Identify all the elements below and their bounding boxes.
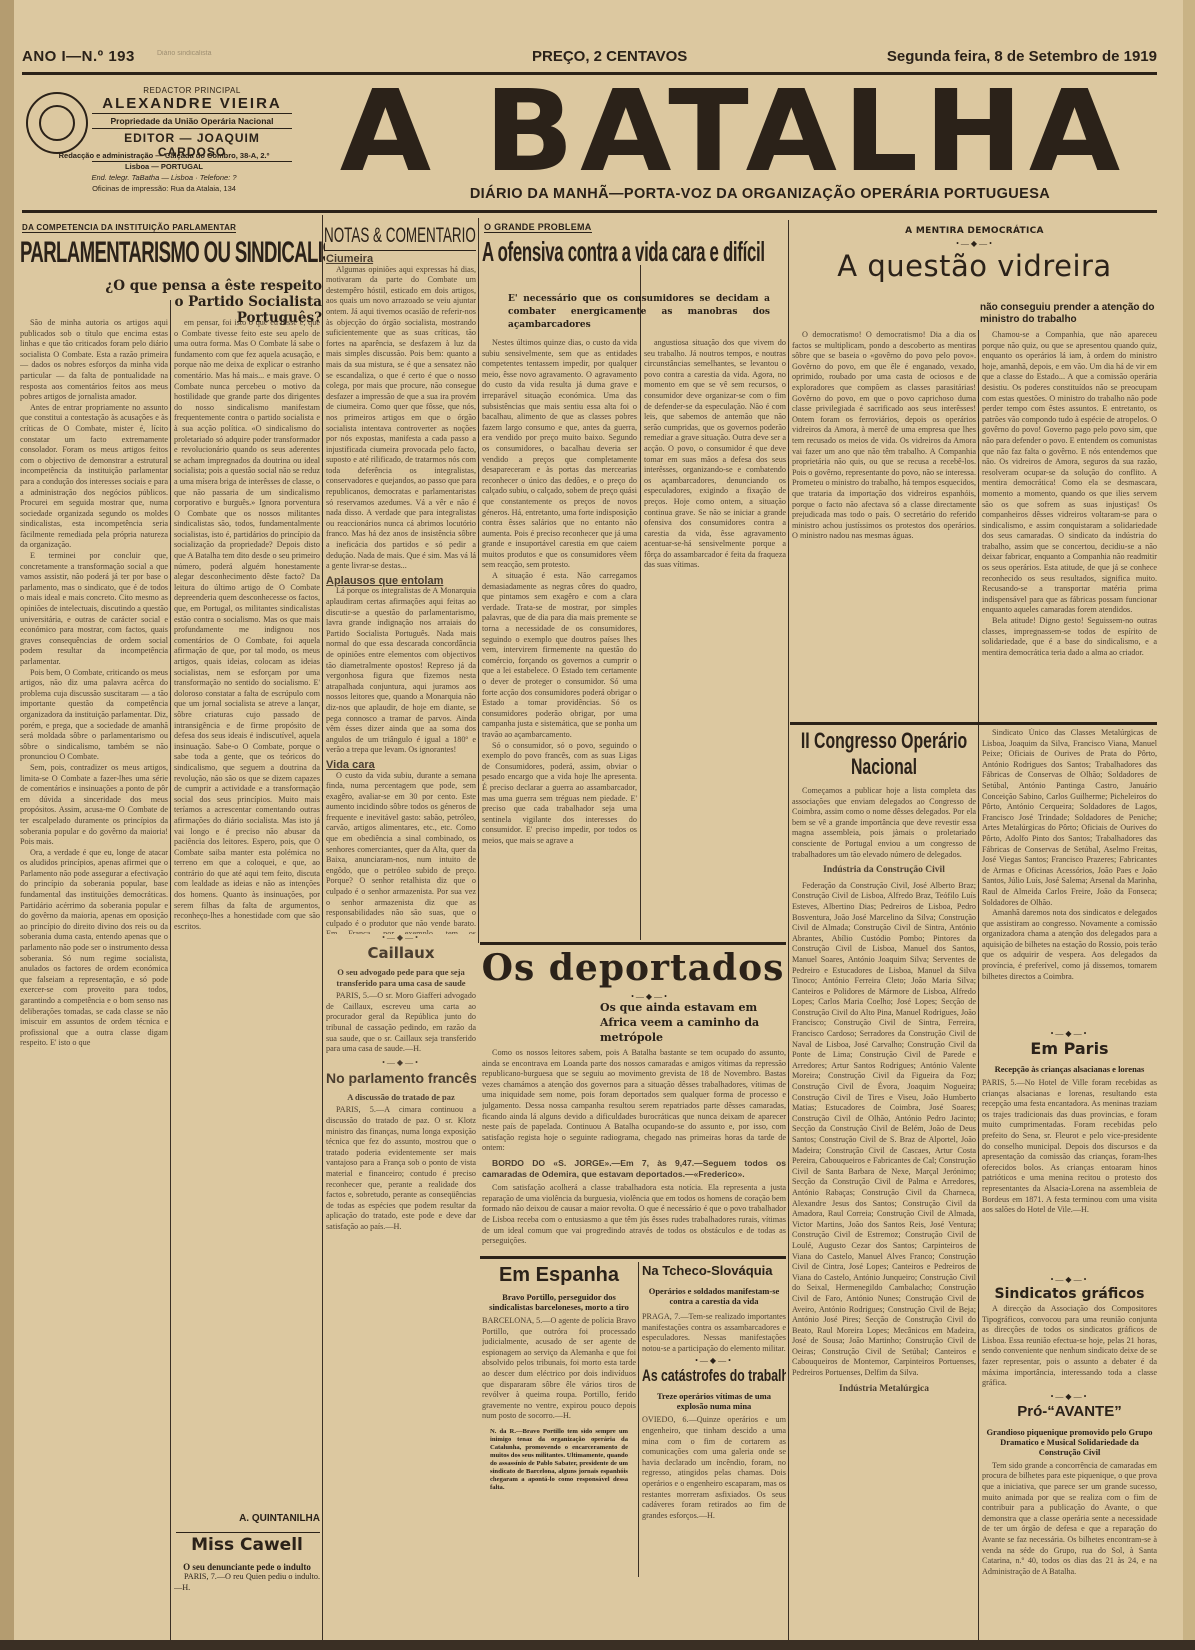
paragraph: Amanhã daremos nota dos sindicatos e del… — [982, 908, 1157, 982]
paragraph: angustiosa situação dos que vivem do seu… — [644, 338, 786, 571]
section-heading: Indústria Metalúrgica — [792, 1384, 976, 1395]
publication-date: Segunda feira, 8 de Setembro de 1919 — [887, 48, 1157, 65]
page-edge — [1183, 0, 1195, 1650]
paragraph: BARCELONA, 5.—O agente de polícia Bravo … — [482, 1316, 636, 1422]
address-line: Lisboa — PORTUGAL — [30, 161, 298, 172]
subhead-text: O seu denunciante pede o indulto — [174, 1562, 320, 1572]
divider — [176, 1532, 320, 1533]
article-body-col2: em pensar, foi isto o que eu disse e, qu… — [174, 318, 320, 1514]
paragraph: Começamos a publicar hoje a lista comple… — [792, 786, 976, 860]
article-subhead: não conseguiu prender a atenção do minis… — [980, 302, 1160, 326]
article-paris: •—◆—• Em Paris Recepção às crianças alsa… — [982, 1030, 1157, 1586]
article-tcheco: Na Tcheco-Slováquia Operários e soldados… — [642, 1262, 786, 1521]
article-espanha: Em Espanha Bravo Portillo, perseguidor d… — [482, 1262, 636, 1492]
article-headline-deportados: Os deportados — [480, 945, 786, 991]
paragraph: O democratismo! O democratismo! Dia a di… — [792, 330, 976, 542]
article-signature: A. QUINTANILHA — [174, 1513, 320, 1524]
issue-number: ANO I—N.º 193 — [22, 48, 135, 65]
headline-text: Na Tcheco-Slováquia — [642, 1262, 786, 1280]
divider — [790, 722, 1157, 725]
paragraph: Pois bem, O Combate, criticando os meus … — [20, 668, 168, 763]
paragraph: Sem, pois, contradizer os meus artigos, … — [20, 763, 168, 848]
section-heading: Ciumeira — [326, 254, 476, 265]
paragraph: Ora, a verdade é que eu, longe de atacar… — [20, 848, 168, 1049]
section-heading: Aplausos que entolam — [326, 576, 476, 587]
article-subhead: E' necessário que os consumidores se dec… — [508, 293, 770, 332]
redactor-label: REDACTOR PRINCIPAL — [92, 86, 292, 95]
notas-column-cont: •—◆—• Caillaux O seu advogado pede para … — [326, 934, 476, 1312]
ownership: Propriedade da União Operária Nacional — [92, 116, 292, 129]
subhead-text: Recepção às crianças alsacianas e lorena… — [982, 1064, 1157, 1074]
union-seal-icon — [26, 92, 88, 154]
paragraph: O custo da vida subiu, durante a semana … — [326, 771, 476, 935]
ornament: •—◆—• — [642, 1357, 786, 1365]
paragraph: Lá porque os integralistas de A Monarqui… — [326, 586, 476, 756]
ornament: •—◆—• — [982, 1393, 1157, 1401]
ornament: •—◆—• — [326, 934, 476, 942]
kicker-text: DA COMPETENCIA DA INSTITUIÇÃO PARLAMENTA… — [22, 223, 236, 233]
vidreira-col-a: O democratismo! O democratismo! Dia a di… — [792, 330, 976, 722]
redactor-name: ALEXANDRE VIEIRA — [92, 95, 292, 114]
paragraph: Algumas opiniões aqui expressas há dias,… — [326, 265, 476, 572]
problema-col-a: Nestes últimos quinze dias, o custo da v… — [482, 338, 637, 938]
notas-header: NOTAS & COMENTARIOS — [324, 222, 476, 251]
congresso-col-a: Começamos a publicar hoje a lista comple… — [792, 786, 976, 1640]
headline-text: A ofensiva contra a vida cara e difícil — [482, 236, 787, 268]
subhead-text: O seu advogado pede para que seja transf… — [326, 967, 476, 988]
paragraph: PRAGA, 7.—Tem-se realizado importantes m… — [642, 1312, 786, 1354]
article-headline-ofensiva: A ofensiva contra a vida cara e difícil — [482, 236, 787, 268]
deportados-body: Como os nossos leitores sabem, pois A Ba… — [482, 1048, 786, 1253]
headline-text: Pró-“AVANTE” — [982, 1401, 1157, 1423]
editor-note: N. da R.—Bravo Portillo tem sido sempre … — [490, 1428, 628, 1492]
binding-edge — [0, 0, 15, 1650]
column-rule — [170, 300, 171, 1640]
article-body-col1: São de minha autoria os artigos aqui pub… — [20, 318, 168, 1642]
paragraph: Só o consumidor, só o povo, seguindo o e… — [482, 741, 637, 847]
paragraph: A situação é esta. Não carregamos demasi… — [482, 571, 637, 741]
paragraph: PARIS, 5.—No Hotel de Ville foram recebi… — [982, 1078, 1157, 1274]
address-block: Redacção e administração — Calçada do Co… — [30, 150, 298, 194]
article-subhead: Os que ainda estavam em Africa veem a ca… — [600, 1000, 786, 1045]
paragraph: Como os nossos leitores sabem, pois A Ba… — [482, 1048, 786, 1154]
address-line: End. telegr. TaBatha — Lisboa · Telefone… — [30, 172, 298, 183]
paragraph: Chamou-se a Companhia, que não apareceu … — [982, 330, 1157, 616]
paragraph: E terminei por concluir que, concretamen… — [20, 551, 168, 668]
headline-text: Caillaux — [326, 942, 476, 964]
paragraph: PARIS, 7.—O reu Quien pediu o indulto.—H… — [174, 1572, 320, 1593]
section-heading: Indústria da Construção Civil — [792, 865, 976, 876]
radiogram: BORDO DO «S. JORGE».—Em 7, às 9,47.—Segu… — [482, 1158, 786, 1179]
headline-text: No parlamento francês — [326, 1067, 476, 1089]
signature: A. QUINTANILHA — [174, 1513, 320, 1524]
paragraph: Nestes últimos quinze dias, o custo da v… — [482, 338, 637, 571]
newspaper-subtitle: DIÁRIO DA MANHÃ—PORTA-VOZ DA ORGANIZAÇÃO… — [400, 186, 1120, 202]
paragraph: OVIEDO, 6.—Quinze operários e um engenhe… — [642, 1415, 786, 1521]
divider — [480, 1256, 786, 1259]
notas-column: Ciumeira Algumas opiniões aqui expressas… — [326, 254, 476, 934]
headline-text: Em Espanha — [482, 1262, 636, 1288]
paragraph: São de minha autoria os artigos aqui pub… — [20, 318, 168, 403]
paragraph: Com satisfação acolherá a classe trabalh… — [482, 1183, 786, 1247]
headline-text: Miss Cawell — [174, 1534, 320, 1556]
column-rule — [640, 265, 641, 940]
vidreira-col-b: Chamou-se a Companhia, que não apareceu … — [982, 330, 1157, 722]
ornament: •—◆—• — [982, 1276, 1157, 1284]
problema-col-b: angustiosa situação dos que vivem do seu… — [644, 338, 786, 938]
paragraph: Federação da Construção Civil, José Albe… — [792, 881, 976, 1379]
section-title: NOTAS & COMENTARIOS — [324, 222, 476, 250]
paragraph: em pensar, foi isto o que eu disse e, qu… — [174, 318, 320, 932]
subhead-text: Grandioso piquenique promovido pelo Grup… — [982, 1427, 1157, 1457]
column-rule — [322, 215, 323, 1640]
article-kicker: O GRANDE PROBLEMA — [484, 222, 592, 232]
address-line: Oficinas de impressão: Rua da Atalaia, 1… — [30, 183, 298, 194]
newspaper-title: A BATALHA — [308, 75, 1158, 187]
price: PREÇO, 2 CENTAVOS — [532, 48, 687, 65]
paragraph: Tem sido grande a concorrência de camara… — [982, 1461, 1157, 1586]
column-rule — [638, 1262, 639, 1577]
article-kicker: DA COMPETENCIA DA INSTITUIÇÃO PARLAMENTA… — [22, 222, 322, 232]
column-rule — [978, 330, 979, 1640]
kicker-text: O GRANDE PROBLEMA — [484, 222, 592, 233]
congresso-col-b: Sindicato Único das Classes Metalúrgicas… — [982, 728, 1157, 1030]
subhead-text: Operários e soldados manifestam-se contr… — [642, 1286, 786, 1306]
address-line: Redacção e administração — Calçada do Co… — [30, 150, 298, 161]
column-rule — [788, 220, 789, 1640]
ornament: •—◆—• — [982, 1030, 1157, 1038]
article-headline-congresso: II Congresso Operário Nacional — [792, 728, 976, 780]
ornament: •—◆—• — [326, 1059, 476, 1067]
paragraph: Sindicato Único das Classes Metalúrgicas… — [982, 728, 1157, 908]
paragraph: Antes de entrar propriamente no assunto … — [20, 403, 168, 551]
paragraph: Bela atitude! Digno gesto! Seguissem-no … — [982, 616, 1157, 658]
paragraph: PARIS, 5.—A cimara continuou a discussão… — [326, 1105, 476, 1232]
paragraph: A direcção da Associação dos Compositore… — [982, 1304, 1157, 1389]
column-rule — [478, 218, 479, 943]
headline-text: Em Paris — [982, 1038, 1157, 1060]
article-headline-vidreira: A questão vidreira — [792, 246, 1157, 286]
subhead-text: A discussão do tratado de paz — [326, 1092, 476, 1103]
masthead-bottom-rule — [22, 210, 1157, 213]
paragraph: PARIS, 5.—O sr. Moro Giafferi advogado d… — [326, 991, 476, 1055]
section-heading: Vida cara — [326, 760, 476, 771]
headline-text: II Congresso Operário Nacional — [794, 728, 974, 780]
subhead-text: Treze operários vítimas de uma explosão … — [642, 1391, 786, 1411]
subhead-text: Bravo Portillo, perseguidor dos sindical… — [482, 1292, 636, 1312]
article-kicker: A MENTIRA DEMOCRÁTICA — [792, 226, 1157, 236]
article-headline-parlamentarismo: PARLAMENTARISMO OU SINDICALISMO? — [20, 236, 325, 270]
article-miss-cawell: Miss Cawell O seu denunciante pede o ind… — [174, 1534, 320, 1593]
headline-text: Sindicatos gráficos — [982, 1284, 1157, 1304]
faint-label: Diário sindicalista — [157, 50, 211, 57]
headline-text: PARLAMENTARISMO OU SINDICALISMO? — [20, 236, 324, 270]
headline-text: As catástrofes do trabalho — [642, 1365, 786, 1387]
scan-bottom-band — [0, 1640, 1195, 1650]
